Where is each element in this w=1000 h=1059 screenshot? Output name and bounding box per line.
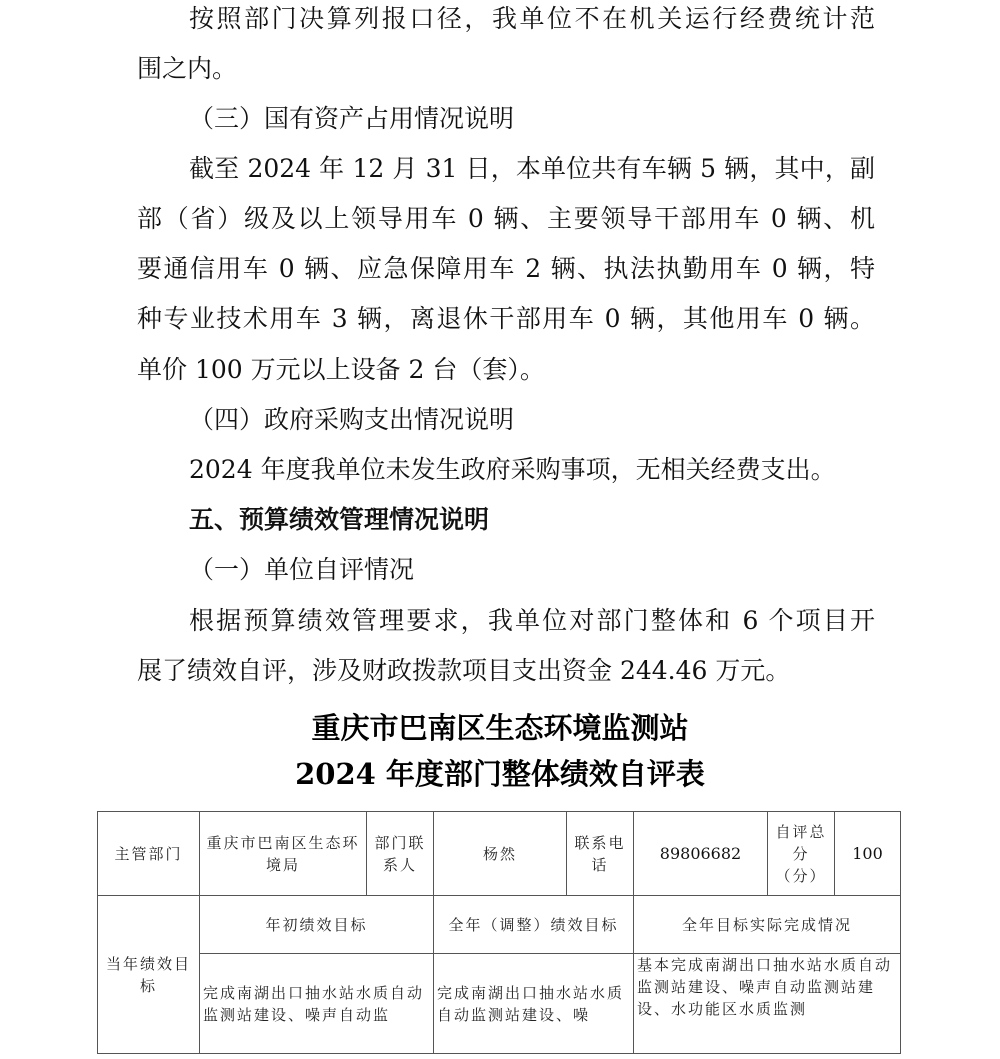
section-heading-performance: 五、预算绩效管理情况说明 — [189, 505, 875, 535]
table-row-goal-headers: 当年绩效目标 年初绩效目标 全年（调整）绩效目标 全年目标实际完成情况 — [98, 896, 901, 954]
section-heading-assets: （三）国有资产占用情况说明 — [189, 104, 875, 134]
phone-value-cell: 89806682 — [634, 812, 768, 896]
actual-completion-header: 全年目标实际完成情况 — [634, 896, 901, 954]
actual-completion-text: 基本完成南湖出口抽水站水质自动监测站建设、噪声自动监测站建设、水功能区水质监测 — [634, 954, 901, 1054]
table-row-goal-content: 完成南湖出口抽水站水质自动监测站建设、噪声自动监 完成南湖出口抽水站水质自动监测… — [98, 954, 901, 1054]
section-heading-procurement: （四）政府采购支出情况说明 — [189, 405, 875, 435]
paragraph-line: 种专业技术用车 3 辆，离退休干部用车 0 辆，其他用车 0 辆。 — [137, 304, 875, 334]
phone-label-cell: 联系电话 — [567, 812, 634, 896]
goal-label-cell: 当年绩效目标 — [98, 896, 200, 1054]
paragraph-line: 2024 年度我单位未发生政府采购事项，无相关经费支出。 — [189, 455, 875, 485]
section-heading-self-eval: （一）单位自评情况 — [189, 555, 875, 585]
score-label-cell: 自评总分（分） — [768, 812, 835, 896]
paragraph-line: 要通信用车 0 辆、应急保障用车 2 辆、执法执勤用车 0 辆，特 — [137, 254, 875, 284]
paragraph-line: 按照部门决算列报口径，我单位不在机关运行经费统计范 — [189, 4, 875, 34]
initial-goal-text: 完成南湖出口抽水站水质自动监测站建设、噪声自动监 — [200, 954, 434, 1054]
paragraph-line: 围之内。 — [137, 54, 875, 84]
document-page: 按照部门决算列报口径，我单位不在机关运行经费统计范 围之内。 （三）国有资产占用… — [0, 0, 1000, 1059]
table-row-info: 主管部门 重庆市巴南区生态环境局 部门联系人 杨然 联系电话 89806682 … — [98, 812, 901, 896]
contact-label-cell: 部门联系人 — [367, 812, 434, 896]
score-value-cell: 100 — [835, 812, 901, 896]
paragraph-line: 单价 100 万元以上设备 2 台（套）。 — [137, 355, 875, 385]
paragraph-line: 截至 2024 年 12 月 31 日，本单位共有车辆 5 辆，其中，副 — [189, 154, 875, 184]
table-subtitle: 2024 年度部门整体绩效自评表 — [0, 756, 1000, 792]
performance-table: 主管部门 重庆市巴南区生态环境局 部门联系人 杨然 联系电话 89806682 … — [97, 811, 901, 1054]
dept-value-cell: 重庆市巴南区生态环境局 — [200, 812, 367, 896]
paragraph-line: 展了绩效自评，涉及财政拨款项目支出资金 244.46 万元。 — [137, 656, 875, 686]
dept-label-cell: 主管部门 — [98, 812, 200, 896]
adjusted-goal-header: 全年（调整）绩效目标 — [434, 896, 634, 954]
initial-goal-header: 年初绩效目标 — [200, 896, 434, 954]
paragraph-line: 部（省）级及以上领导用车 0 辆、主要领导干部用车 0 辆、机 — [137, 204, 875, 234]
table-title: 重庆市巴南区生态环境监测站 — [0, 710, 1000, 746]
paragraph-line: 根据预算绩效管理要求，我单位对部门整体和 6 个项目开 — [189, 606, 875, 636]
contact-value-cell: 杨然 — [434, 812, 567, 896]
adjusted-goal-text: 完成南湖出口抽水站水质自动监测站建设、噪 — [434, 954, 634, 1054]
